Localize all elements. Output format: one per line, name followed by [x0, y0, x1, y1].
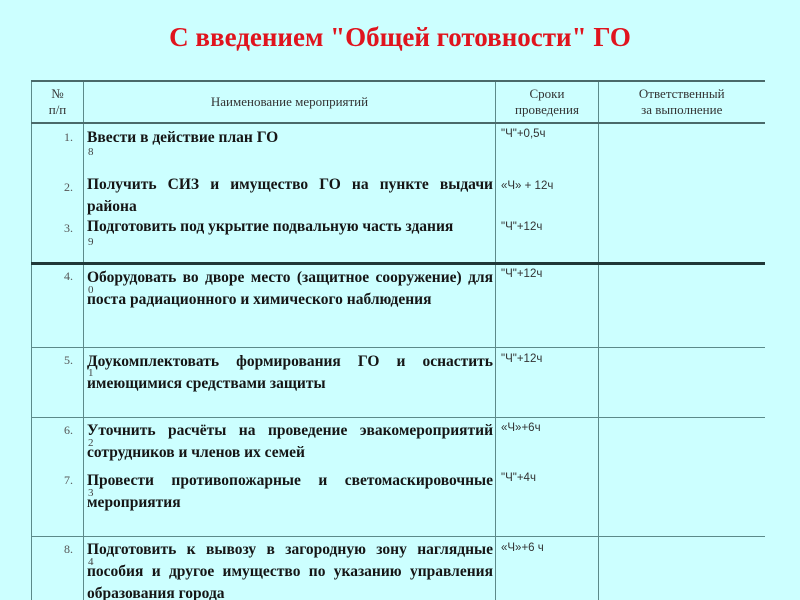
item-name: Ввести в действие план ГО — [87, 127, 493, 149]
name-cell: Оборудовать во дворе место (защитное соо… — [84, 263, 496, 347]
item-number: 4. — [64, 269, 73, 284]
item-time: "Ч"+4ч — [501, 472, 536, 484]
header-name: Наименование мероприятий — [84, 81, 496, 123]
item-time: «Ч»+6ч — [501, 422, 541, 434]
num-cell: 6. 7. — [32, 417, 84, 536]
header-responsible: Ответственный за выполнение — [599, 81, 765, 123]
responsible-cell — [599, 536, 765, 600]
item-name: Получить СИЗ и имущество ГО на пункте вы… — [87, 174, 493, 218]
responsible-cell — [599, 417, 765, 536]
responsible-cell — [599, 123, 765, 263]
name-cell: Подготовить к вывозу в загородную зону н… — [84, 536, 496, 600]
item-number: 3. — [64, 221, 73, 236]
item-name: Подготовить под укрытие подвальную часть… — [87, 216, 493, 238]
header-time-line2: проведения — [496, 102, 598, 118]
item-time: «Ч» + 12ч — [501, 180, 553, 192]
item-number: 6. — [64, 423, 73, 438]
header-num-line2: п/п — [32, 102, 83, 118]
name-cell: Уточнить расчёты на проведение эвакомеро… — [84, 417, 496, 536]
item-time: "Ч"+0,5ч — [501, 128, 546, 140]
item-marker: 9 — [88, 237, 94, 248]
time-cell: "Ч"+12ч — [496, 347, 599, 417]
item-name: Доукомплектовать формирования ГО и оснас… — [87, 351, 493, 395]
time-cell: "Ч"+0,5ч «Ч» + 12ч "Ч"+12ч — [496, 123, 599, 263]
table-row: 4. Оборудовать во дворе место (защитное … — [32, 263, 765, 347]
header-resp-line1: Ответственный — [599, 86, 765, 102]
table-row: 6. 7. Уточнить расчёты на проведение эва… — [32, 417, 765, 536]
item-marker: 8 — [88, 147, 94, 158]
item-marker: 2 — [88, 438, 94, 449]
name-cell: Доукомплектовать формирования ГО и оснас… — [84, 347, 496, 417]
item-name: Провести противопожарные и светомаскиров… — [87, 470, 493, 514]
measures-table: № п/п Наименование мероприятий Сроки про… — [31, 80, 765, 600]
item-name: Уточнить расчёты на проведение эвакомеро… — [87, 420, 493, 464]
num-cell: 8. — [32, 536, 84, 600]
item-time: "Ч"+12ч — [501, 353, 542, 365]
slide-title: С введением "Общей готовности" ГО — [0, 22, 800, 53]
header-time-line1: Сроки — [496, 86, 598, 102]
time-cell: «Ч»+6ч "Ч"+4ч — [496, 417, 599, 536]
responsible-cell — [599, 263, 765, 347]
item-time: "Ч"+12ч — [501, 268, 542, 280]
item-number: 5. — [64, 353, 73, 368]
table-row: 8. Подготовить к вывозу в загородную зон… — [32, 536, 765, 600]
slide: С введением "Общей готовности" ГО № п/п … — [0, 0, 800, 600]
header-num: № п/п — [32, 81, 84, 123]
table-header-row: № п/п Наименование мероприятий Сроки про… — [32, 81, 765, 123]
table-row: 1. 2. 3. Ввести в действие план ГО 8 Пол… — [32, 123, 765, 263]
item-number: 1. — [64, 130, 73, 145]
item-marker: 4 — [88, 557, 94, 568]
item-marker: 3 — [88, 488, 94, 499]
num-cell: 5. — [32, 347, 84, 417]
item-number: 2. — [64, 180, 73, 195]
item-time: "Ч"+12ч — [501, 221, 542, 233]
table-row: 5. Доукомплектовать формирования ГО и ос… — [32, 347, 765, 417]
item-name: Подготовить к вывозу в загородную зону н… — [87, 539, 493, 600]
num-cell: 4. — [32, 263, 84, 347]
item-number: 8. — [64, 542, 73, 557]
time-cell: «Ч»+6 ч — [496, 536, 599, 600]
responsible-cell — [599, 347, 765, 417]
name-cell: Ввести в действие план ГО 8 Получить СИЗ… — [84, 123, 496, 263]
time-cell: "Ч"+12ч — [496, 263, 599, 347]
header-num-line1: № — [32, 86, 83, 102]
item-number: 7. — [64, 473, 73, 488]
item-marker: 1 — [88, 368, 94, 379]
item-time: «Ч»+6 ч — [501, 542, 544, 554]
header-resp-line2: за выполнение — [599, 102, 765, 118]
item-marker: 0 — [88, 285, 94, 296]
num-cell: 1. 2. 3. — [32, 123, 84, 263]
item-name: Оборудовать во дворе место (защитное соо… — [87, 267, 493, 311]
header-time: Сроки проведения — [496, 81, 599, 123]
